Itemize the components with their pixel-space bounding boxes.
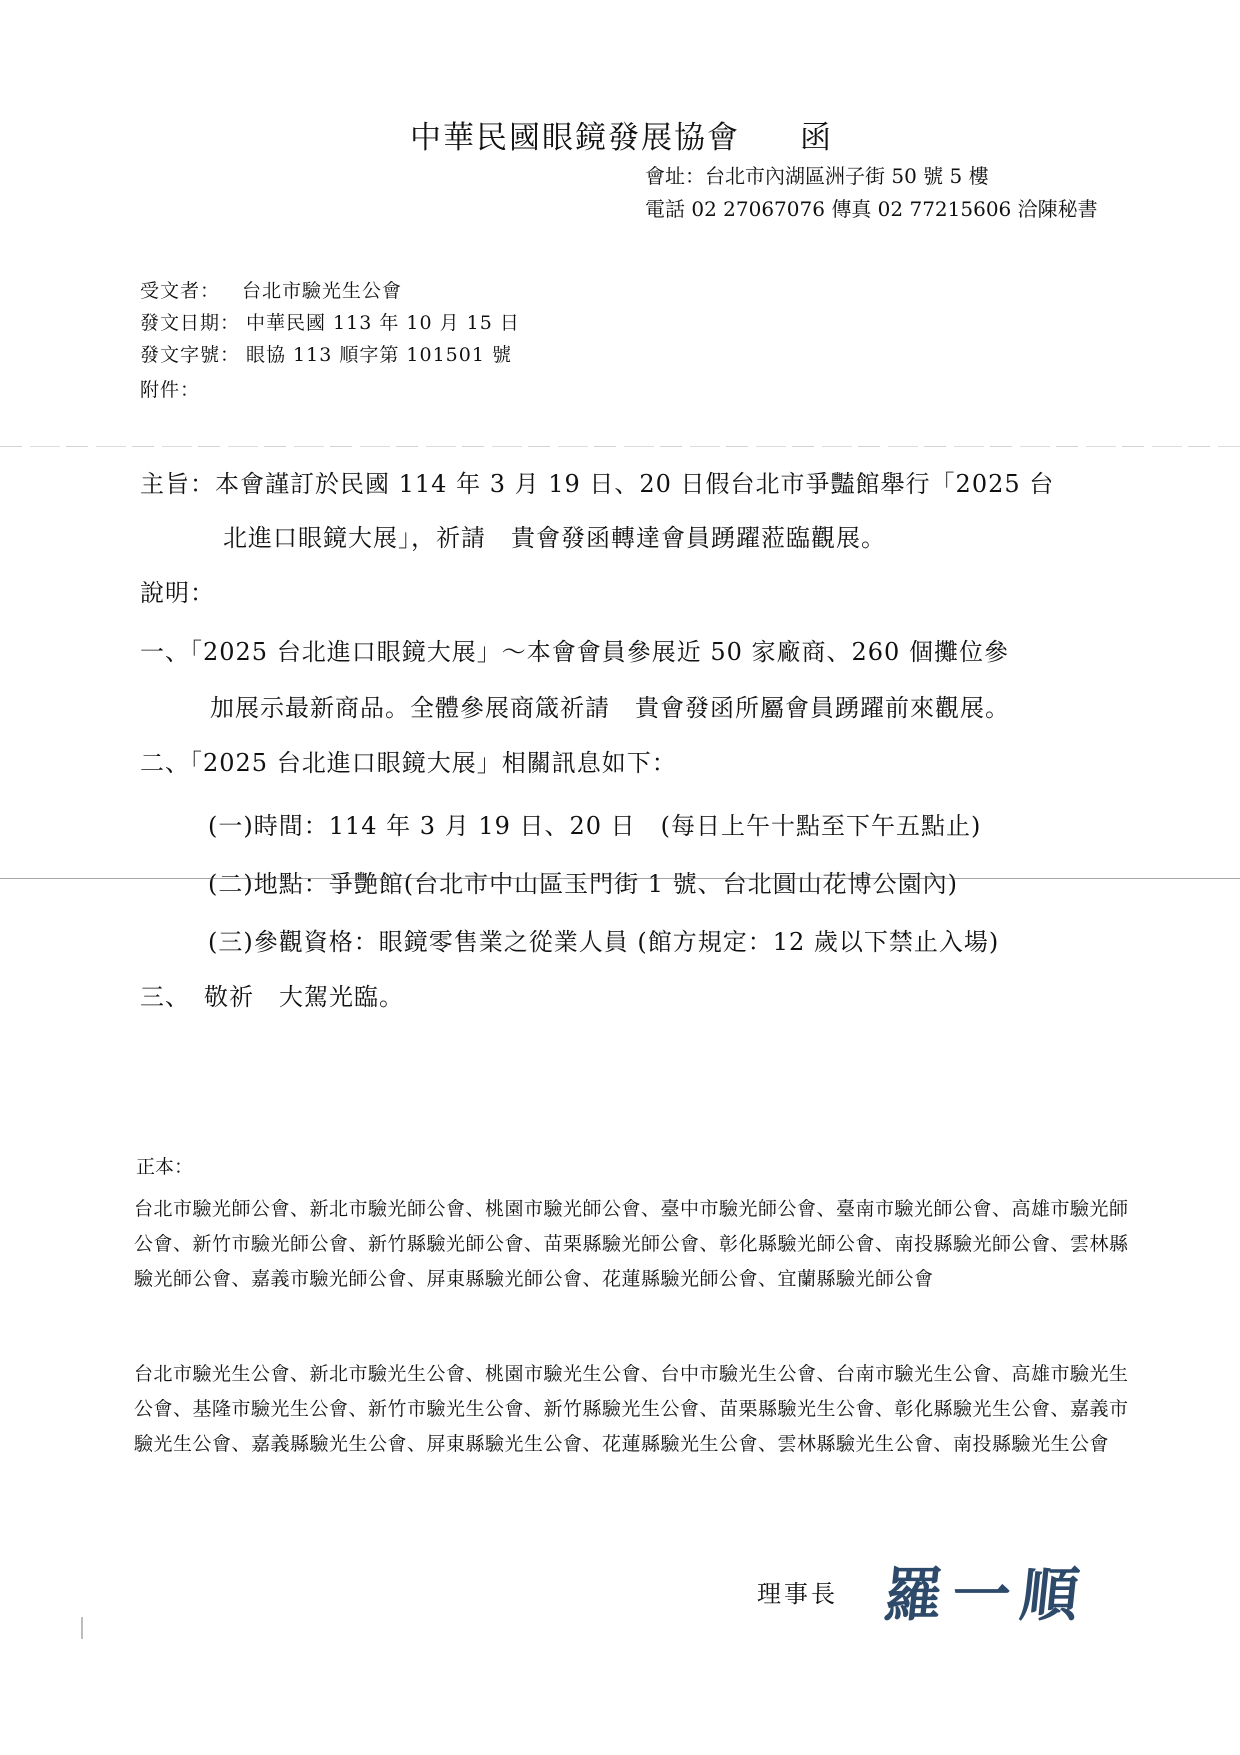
- scan-fold-line: [0, 878, 1240, 879]
- recipient-value: 台北市驗光生公會: [242, 280, 402, 302]
- organization-name: 中華民國眼鏡發展協會: [410, 120, 740, 156]
- document-type: 函: [800, 120, 833, 156]
- organization-contact: 電話 02 27067076 傳真 02 77215606 洽陳秘書: [645, 193, 1098, 222]
- description-item-1: 一、「2025 台北進口眼鏡大展」～本會會員參展近 50 家廠商、260 個攤位…: [140, 632, 1009, 667]
- date-label: 發文日期：: [140, 312, 240, 334]
- reference-row: 發文字號：眼協 113 順字第 101501 號: [140, 340, 512, 367]
- description-item-2: 二、「2025 台北進口眼鏡大展」相關訊息如下：: [140, 743, 677, 778]
- event-location: (二)地點：爭艷館(台北市中山區玉門街 1 號、台北圓山花博公園內): [208, 864, 958, 899]
- item-3-text: 敬祈 大駕光臨。: [204, 983, 404, 1011]
- recipient-label: 受文者：: [140, 280, 220, 302]
- reference-label: 發文字號：: [140, 344, 240, 366]
- distribution-technician-list: 台北市驗光生公會、新北市驗光生公會、桃園市驗光生公會、台中市驗光生公會、台南市驗…: [134, 1357, 1134, 1462]
- letterhead-title: 中華民國眼鏡發展協會函: [410, 112, 833, 157]
- distribution-optometrist-list: 台北市驗光師公會、新北市驗光師公會、桃園市驗光師公會、臺中市驗光師公會、臺南市驗…: [134, 1192, 1134, 1297]
- subject-text-1: 本會謹訂於民國 114 年 3 月 19 日、20 日假台北市爭豔館舉行「202…: [215, 470, 1054, 498]
- attachment-label: 附件：: [140, 379, 200, 401]
- subject-line-2: 北進口眼鏡大展」，祈請 貴會發函轉達會員踴躍蒞臨觀展。: [223, 518, 886, 553]
- item-2-marker: 二、: [140, 749, 190, 777]
- item-3-marker: 三、: [140, 983, 190, 1011]
- organization-address: 會址：台北市內湖區洲子街 50 號 5 樓: [645, 160, 989, 189]
- subject-line-1: 主旨：本會謹訂於民國 114 年 3 月 19 日、20 日假台北市爭豔館舉行「…: [140, 464, 1054, 499]
- date-value: 中華民國 113 年 10 月 15 日: [246, 312, 520, 334]
- item-1-marker: 一、: [140, 638, 190, 666]
- scan-margin-mark: [81, 1617, 83, 1639]
- signature-stamp: 羅一順: [881, 1548, 1094, 1632]
- description-item-3: 三、敬祈 大駕光臨。: [140, 977, 404, 1012]
- signer-title: 理事長: [757, 1574, 838, 1609]
- description-label: 說明：: [140, 573, 215, 608]
- event-eligibility: (三)參觀資格：眼鏡零售業之從業人員 (館方規定：12 歲以下禁止入場): [208, 922, 999, 957]
- recipient-row: 受文者：台北市驗光生公會: [140, 276, 402, 303]
- item-1-text-2: 加展示最新商品。全體參展商箴祈請 貴會發函所屬會員踴躍前來觀展。: [210, 688, 1010, 723]
- event-time: (一)時間：114 年 3 月 19 日、20 日 (每日上午十點至下午五點止): [208, 806, 981, 841]
- attachment-row: 附件：: [140, 375, 200, 402]
- subject-label: 主旨：: [140, 470, 215, 498]
- item-2-text: 「2025 台北進口眼鏡大展」相關訊息如下：: [190, 749, 677, 777]
- item-1-text-1: 「2025 台北進口眼鏡大展」～本會會員參展近 50 家廠商、260 個攤位參: [190, 638, 1009, 666]
- scan-fold-line: [0, 446, 1240, 447]
- distribution-label: 正本：: [136, 1152, 193, 1179]
- date-row: 發文日期：中華民國 113 年 10 月 15 日: [140, 308, 520, 335]
- reference-value: 眼協 113 順字第 101501 號: [246, 344, 512, 366]
